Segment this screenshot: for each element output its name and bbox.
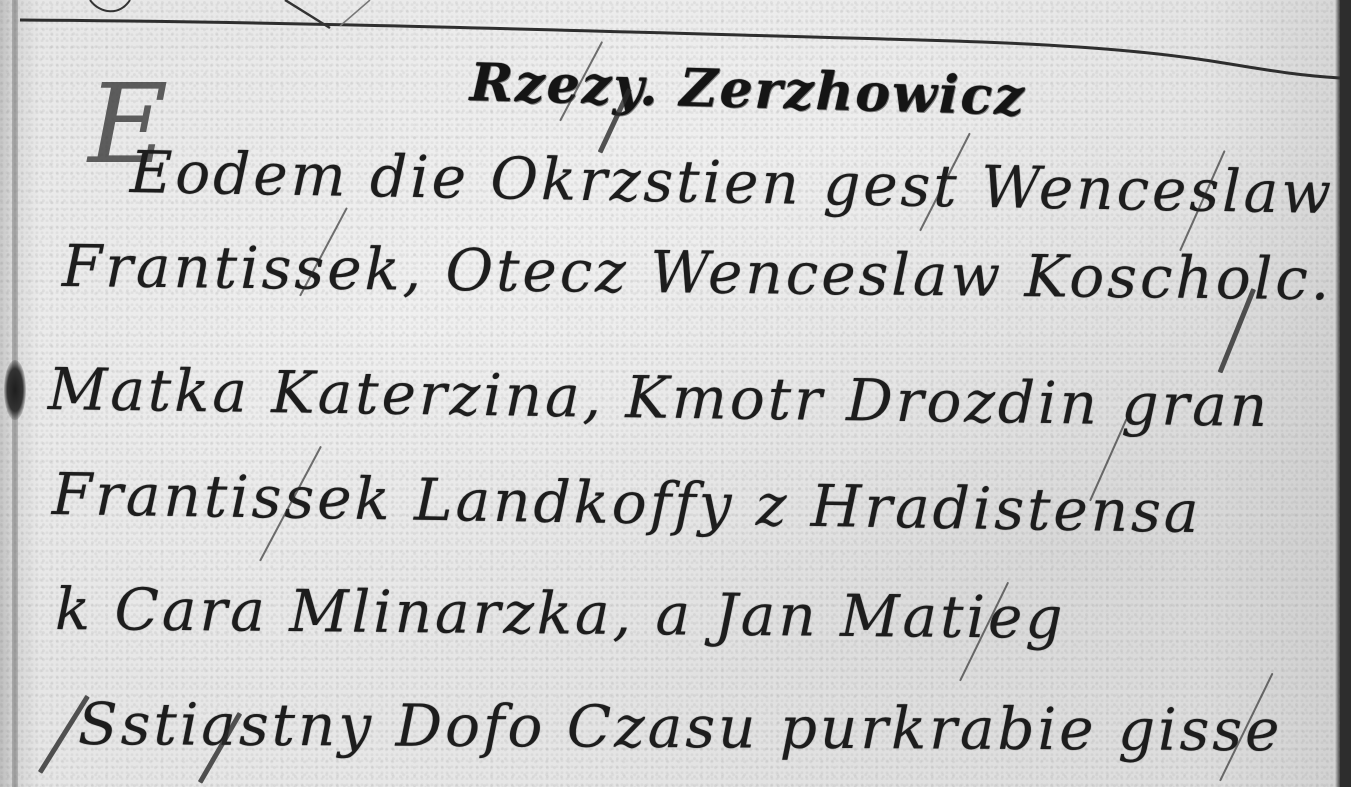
manuscript-line-1: Eodem die Okrzstien gest Wenceslaw [129,138,1334,227]
entry-heading: Rzezy. Zerzhowicz [469,52,1026,128]
previous-entry-ink [0,0,420,30]
manuscript-line-4: Frantissek Landkoffy z Hradistensa [51,460,1202,546]
binding-hole [4,360,26,420]
manuscript-scan: Rzezy. Zerzhowicz E Eodem die Okrzstien … [0,0,1351,787]
manuscript-line-2: Frantissek, Otecz Wenceslaw Koscholc. [62,232,1333,313]
right-page-edge [1340,0,1351,787]
manuscript-line-6: Sstiastny Dofo Czasu purkrabie gisse [78,690,1283,764]
manuscript-line-3: Matka Katerzina, Kmotr Drozdin gran [48,355,1271,440]
manuscript-line-5: k Cara Mlinarzka, a Jan Matieg [55,575,1066,652]
